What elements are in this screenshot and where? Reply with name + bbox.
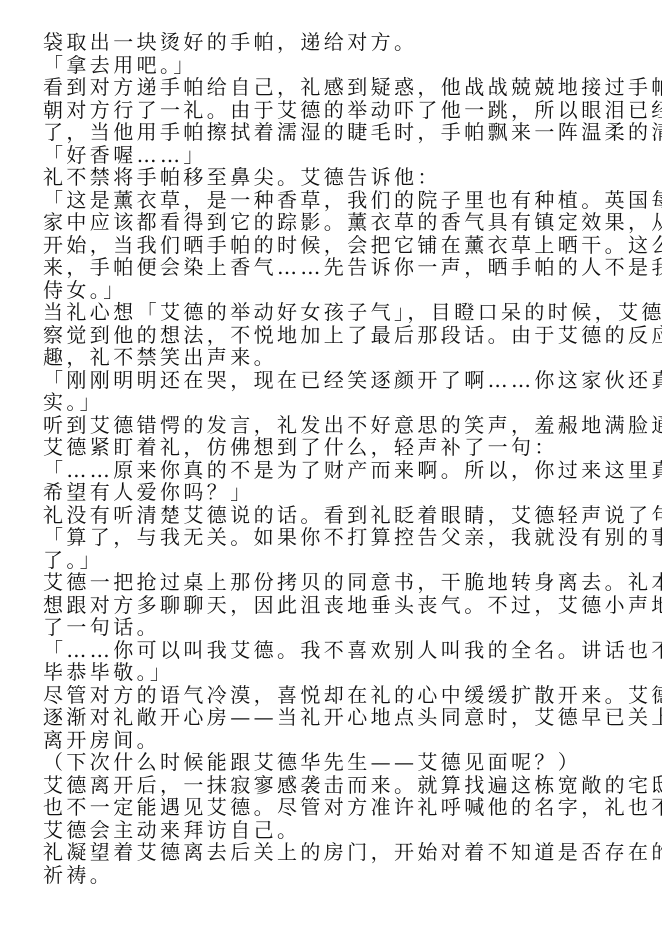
text-line: 毕恭毕敬。」 <box>43 661 643 684</box>
text-line: 当礼心想「艾德的举动好女孩子气」，目瞪口呆的时候，艾德似乎 <box>43 301 643 324</box>
text-line: 礼不禁将手帕移至鼻尖。艾德告诉他： <box>43 166 643 189</box>
text-line: 了，当他用手帕擦拭着濡湿的睫毛时，手帕飘来一阵温柔的清香。 <box>43 121 643 144</box>
document-page: 袋取出一块烫好的手帕，递给对方。 「拿去用吧。」 看到对方递手帕给自己，礼感到疑… <box>43 31 643 886</box>
text-line: 察觉到他的想法，不悦地加上了最后那段话。由于艾德的反应很有 <box>43 324 643 347</box>
text-line: 袋取出一块烫好的手帕，递给对方。 <box>43 31 643 54</box>
text-line: 侍女。」 <box>43 279 643 302</box>
text-line: 艾德会主动来拜访自己。 <box>43 819 643 842</box>
text-line: 祈祷。 <box>43 864 643 887</box>
text-line: 艾德紧盯着礼，仿佛想到了什么，轻声补了一句： <box>43 436 643 459</box>
text-line: 「算了，与我无关。如果你不打算控告父亲，我就没有别的事情 <box>43 526 643 549</box>
text-line: 逐渐对礼敞开心房——当礼开心地点头同意时，艾德早已关上门， <box>43 706 643 729</box>
text-line: 「刚刚明明还在哭，现在已经笑逐颜开了啊……你这家伙还真现 <box>43 369 643 392</box>
text-line: 了。」 <box>43 549 643 572</box>
text-line: 朝对方行了一礼。由于艾德的举动吓了他一跳，所以眼泪已经止住 <box>43 99 643 122</box>
text-line: 艾德一把抢过桌上那份拷贝的同意书，干脆地转身离去。礼本来还 <box>43 571 643 594</box>
text-line: 趣，礼不禁笑出声来。 <box>43 346 643 369</box>
text-line: 来，手帕便会染上香气……先告诉你一声，晒手帕的人不是我，是 <box>43 256 643 279</box>
text-line: 艾德离开后，一抹寂寥感袭击而来。就算找遍这栋宽敞的宅邸，礼 <box>43 774 643 797</box>
text-line: 「拿去用吧。」 <box>43 54 643 77</box>
text-line: 也不一定能遇见艾德。尽管对方准许礼呼喊他的名字，礼也不认为 <box>43 796 643 819</box>
text-line: 「这是薰衣草，是一种香草，我们的院子里也有种植。英国每户人 <box>43 189 643 212</box>
text-line: 开始，当我们晒手帕的时候，会把它铺在薰衣草上晒干。这么一 <box>43 234 643 257</box>
text-line: 看到对方递手帕给自己，礼感到疑惑，他战战兢兢地接过手帕后， <box>43 76 643 99</box>
text-line: 礼没有听清楚艾德说的话。看到礼眨着眼睛，艾德轻声说了句： <box>43 504 643 527</box>
text-line: 希望有人爱你吗？」 <box>43 481 643 504</box>
text-line: 了一句话。 <box>43 616 643 639</box>
text-line: （下次什么时候能跟艾德华先生——艾德见面呢？） <box>43 751 643 774</box>
text-line: 「好香喔……」 <box>43 144 643 167</box>
text-line: 想跟对方多聊聊天，因此沮丧地垂头丧气。不过，艾德小声地又补 <box>43 594 643 617</box>
text-line: 尽管对方的语气冷漠，喜悦却在礼的心中缓缓扩散开来。艾德似乎 <box>43 684 643 707</box>
text-line: 「……你可以叫我艾德。我不喜欢别人叫我的全名。讲话也不需要 <box>43 639 643 662</box>
text-line: 实。」 <box>43 391 643 414</box>
text-line: 礼凝望着艾德离去后关上的房门，开始对着不知道是否存在的神明 <box>43 841 643 864</box>
text-line: 家中应该都看得到它的踪影。薰衣草的香气具有镇定效果，从以前 <box>43 211 643 234</box>
text-line: 听到艾德错愕的发言，礼发出不好意思的笑声，羞赧地满脸通红。 <box>43 414 643 437</box>
text-line: 离开房间。 <box>43 729 643 752</box>
text-line: 「……原来你真的不是为了财产而来啊。所以，你过来这里真的是 <box>43 459 643 482</box>
